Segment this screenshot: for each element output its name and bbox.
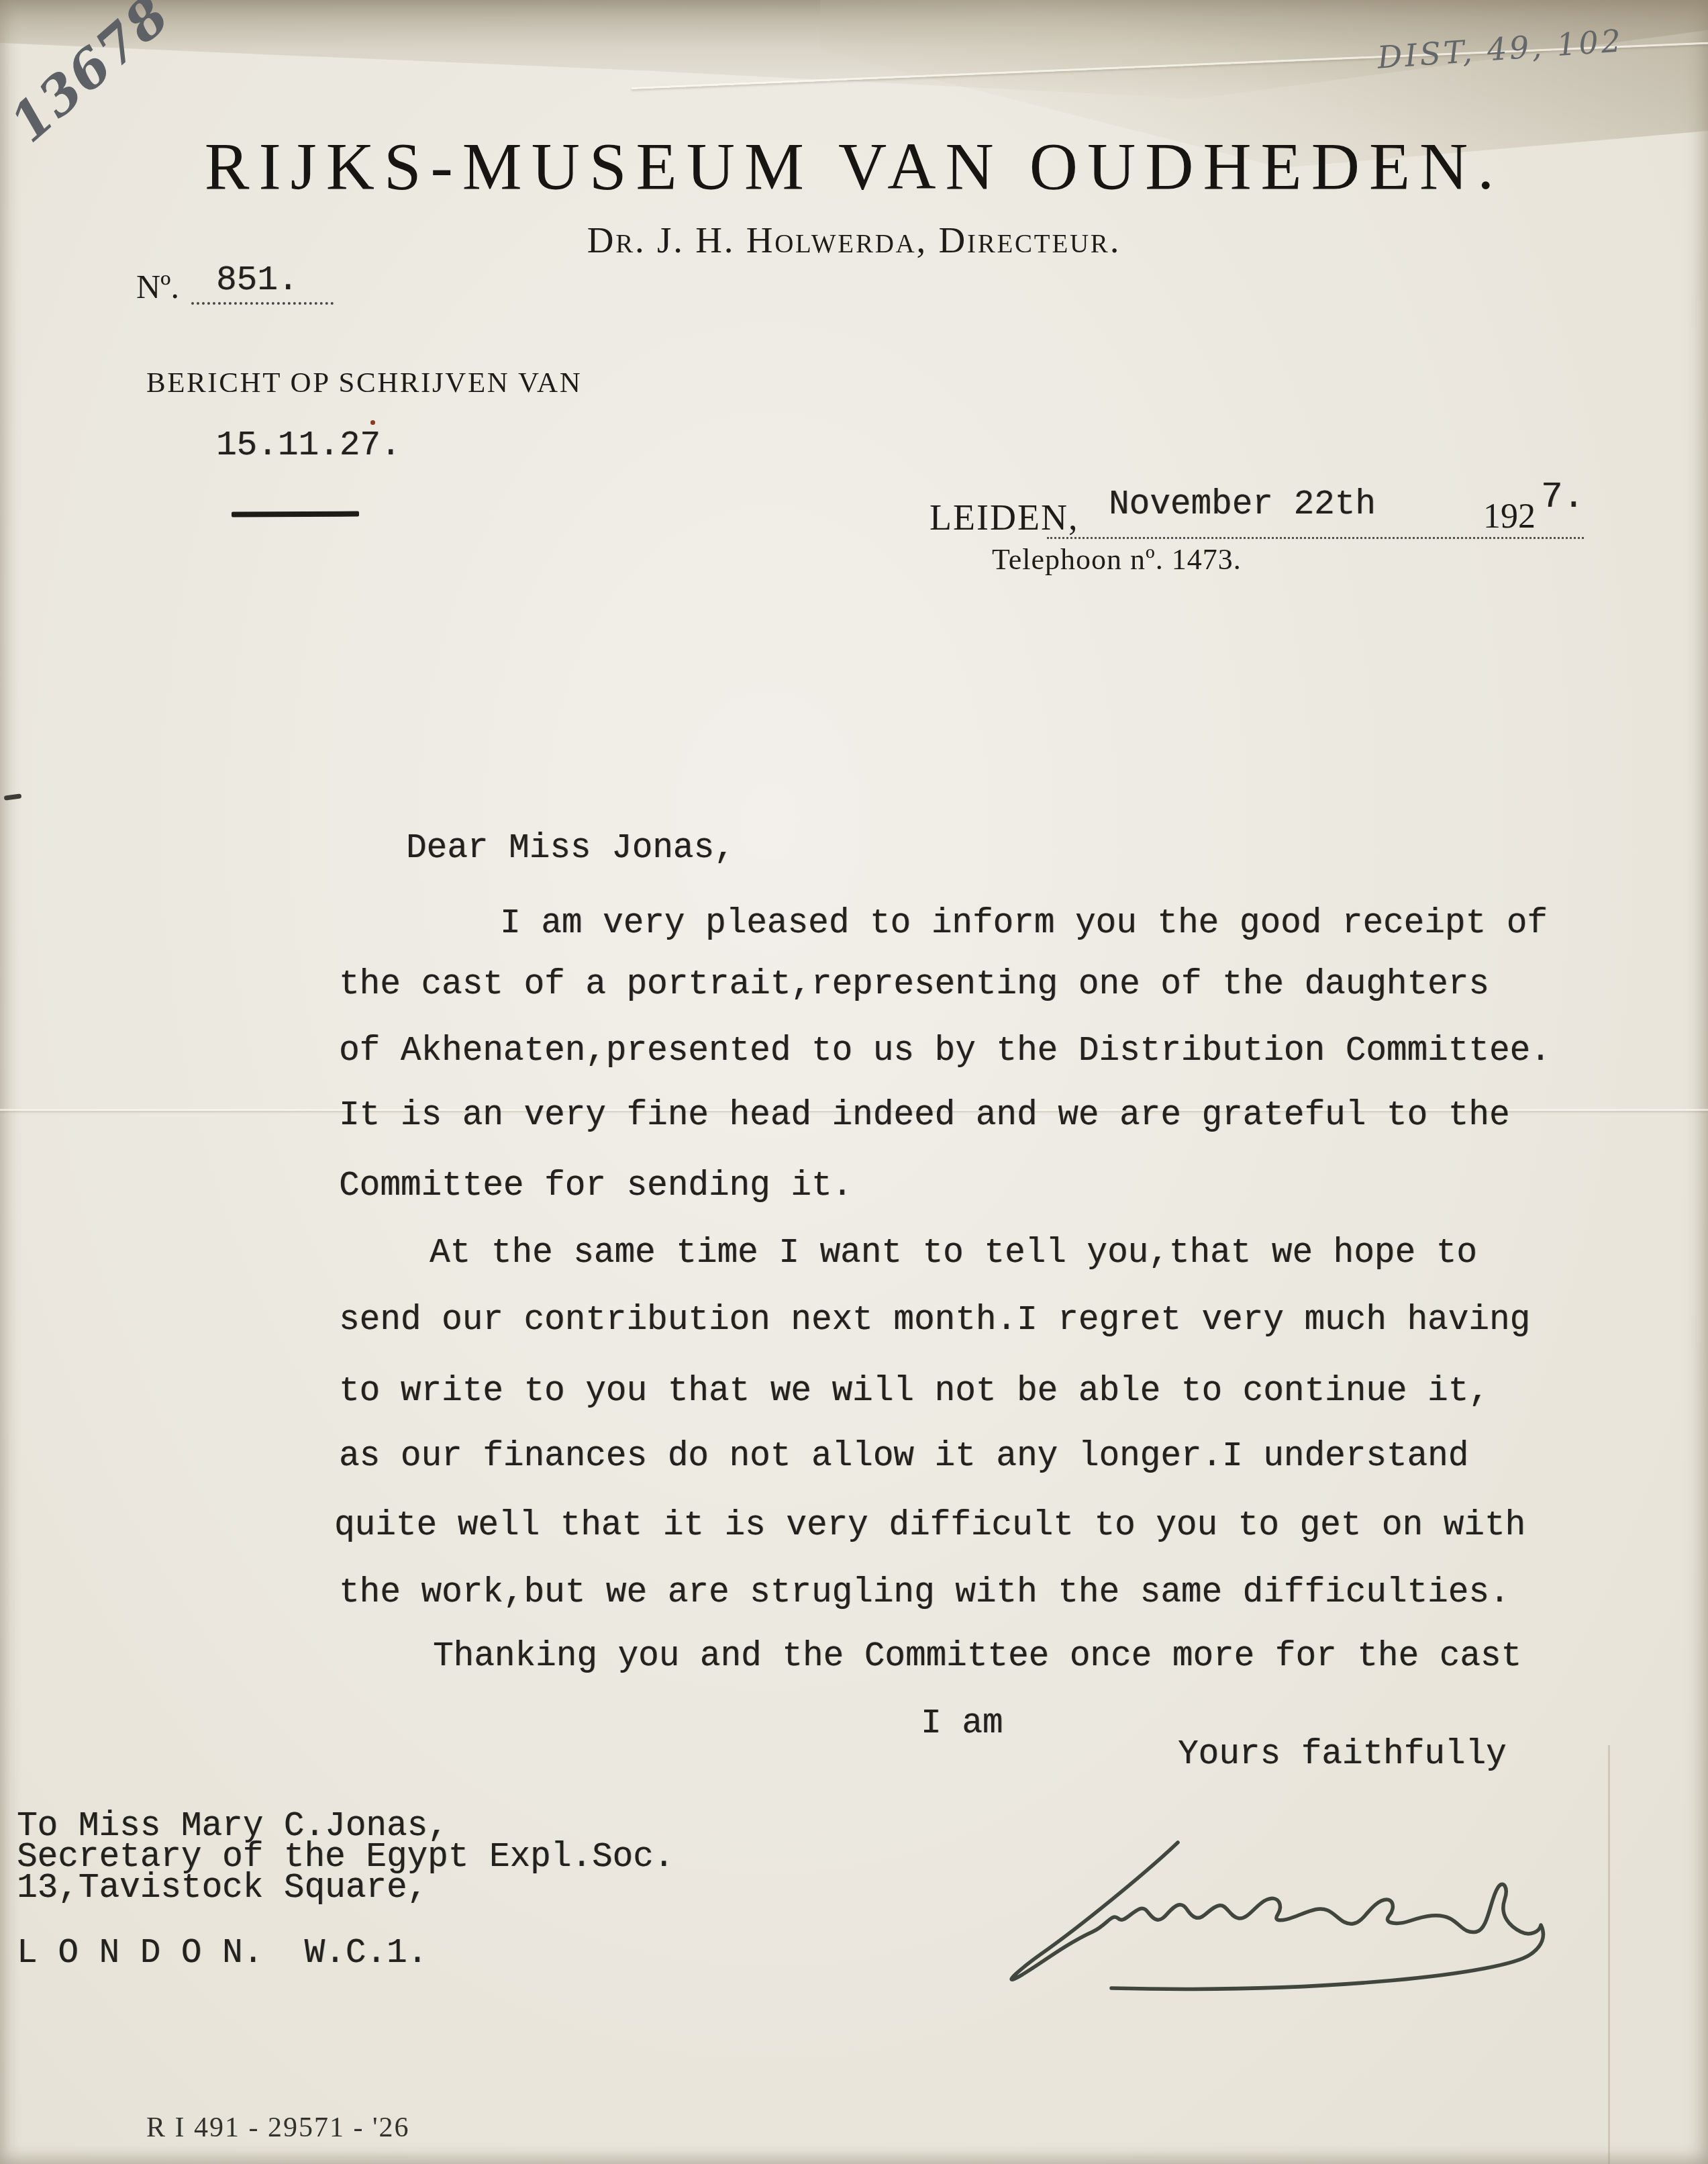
date-dotted-line [1047,537,1584,539]
recipient-line: 13,Tavistock Square, [17,1871,428,1907]
crease-line-bottom-right [1608,1745,1610,2164]
year-printed: 192 [1483,497,1536,536]
telephone-line: Telephoon nº. 1473. [992,542,1242,577]
body-line: Committee for sending it. [339,1169,852,1205]
body-line: as our finances do not allow it any long… [339,1439,1468,1475]
closing-pre: I am [921,1706,1003,1742]
reply-date: 15.11.27. [216,428,401,464]
body-line: Thanking you and the Committee once more… [433,1639,1521,1675]
salutation: Dear Miss Jonas, [406,831,735,867]
recipient-line: L O N D O N. W.C.1. [17,1936,428,1972]
number-dotted-line [191,302,334,305]
body-line: quite well that it is very difficult to … [334,1508,1525,1544]
body-line: At the same time I want to tell you,that… [430,1236,1477,1272]
year-typed: 7. [1541,479,1585,518]
letterhead-subtitle: Dr. J. H. Holwerda, Directeur. [0,219,1708,261]
printer-code: R I 491 - 29571 - '26 [146,2112,410,2144]
margin-dash-mark [4,793,22,801]
typed-underline-bar [232,511,359,518]
city-label: LEIDEN, [930,497,1078,538]
holwerda-signature [980,1812,1570,2007]
closing-valediction: Yours faithfully [1178,1737,1507,1773]
body-line: the cast of a portrait,representing one … [339,967,1489,1003]
number-label: Nº. [136,267,179,306]
letter-page: 13678 DIST, 49, 102 RIJKS-MUSEUM VAN OUD… [0,0,1708,2164]
body-line: send our contribution next month.I regre… [339,1303,1530,1339]
number-value: 851. [216,263,298,299]
typed-date: November 22th [1109,487,1376,524]
reply-label: BERICHT OP SCHRIJVEN VAN [146,366,582,399]
body-line: I am very pleased to inform you the good… [500,906,1548,942]
body-line: to write to you that we will not be able… [339,1374,1489,1410]
body-line: It is an very fine head indeed and we ar… [339,1098,1509,1134]
body-line: of Akhenaten,presented to us by the Dist… [339,1034,1551,1070]
letterhead-title: RIJKS-MUSEUM VAN OUDHEDEN. [0,128,1708,205]
red-speck [370,420,375,425]
body-line: the work,but we are strugling with the s… [339,1575,1509,1612]
